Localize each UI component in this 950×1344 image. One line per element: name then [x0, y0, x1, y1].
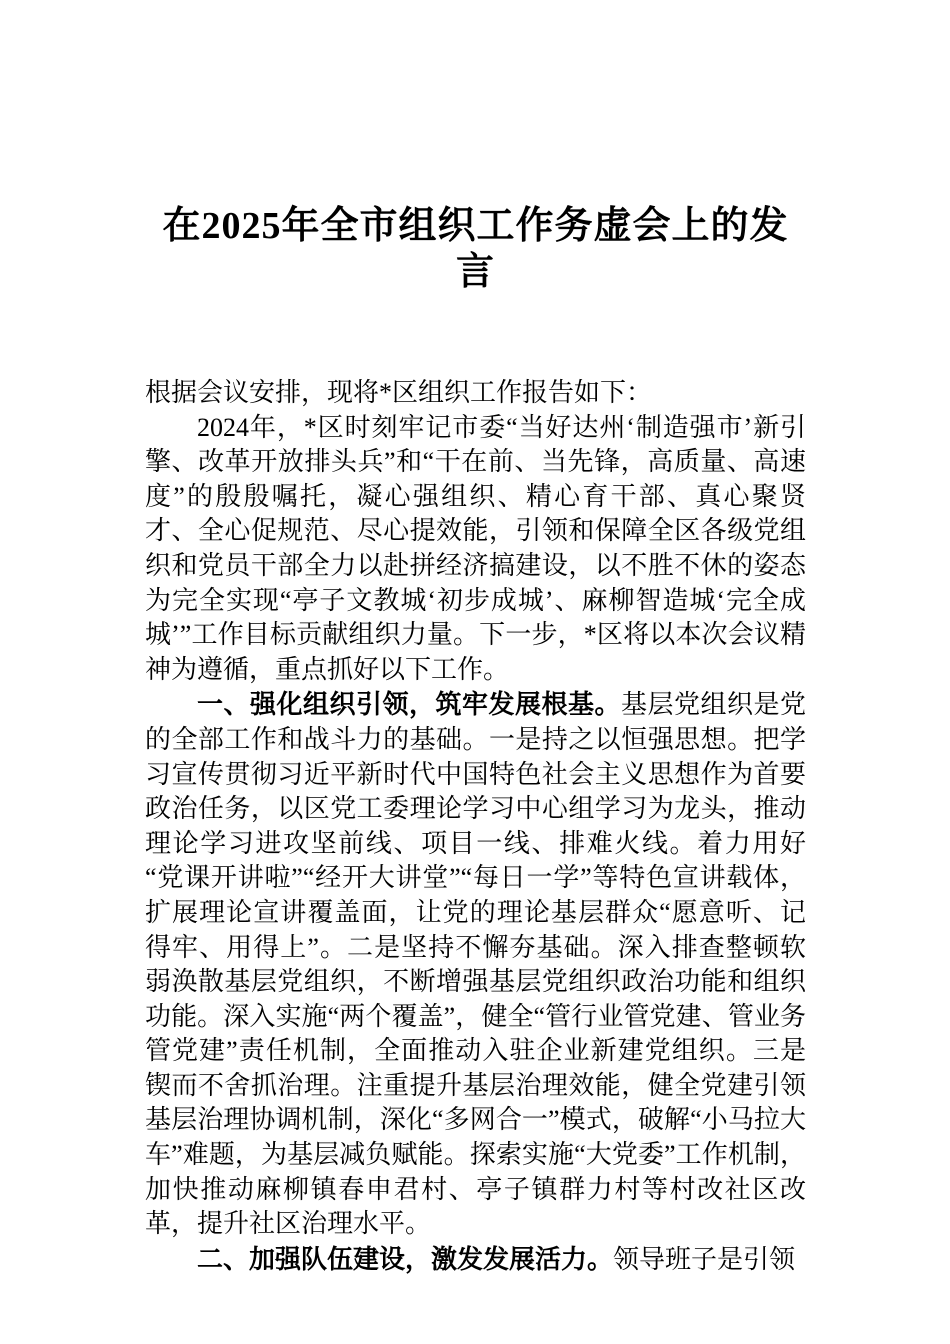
section-1-text: 基层党组织是党的全部工作和战斗力的基础。一是持之以恒强思想。把学习宣传贯彻习近平…	[145, 690, 806, 1238]
section-2-text: 领导班子是引领	[613, 1245, 795, 1274]
section-1-heading: 一、强化组织引领，筑牢发展根基。	[197, 689, 621, 719]
paragraph-section-1: 一、强化组织引领，筑牢发展根基。基层党组织是党的全部工作和战斗力的基础。一是持之…	[145, 687, 806, 1242]
paragraph-overview: 2024年，*区时刻牢记市委“当好达州‘制造强市’新引擎、改革开放排头兵”和“干…	[145, 411, 806, 688]
paragraph-intro: 根据会议安排，现将*区组织工作报告如下：	[145, 376, 806, 411]
section-2-heading: 二、加强队伍建设，激发发展活力。	[197, 1244, 613, 1274]
document-title: 在2025年全市组织工作务虚会上的发言	[145, 203, 806, 295]
document-page: 在2025年全市组织工作务虚会上的发言 根据会议安排，现将*区组织工作报告如下：…	[0, 0, 950, 1344]
paragraph-section-2: 二、加强队伍建设，激发发展活力。领导班子是引领	[145, 1242, 806, 1278]
